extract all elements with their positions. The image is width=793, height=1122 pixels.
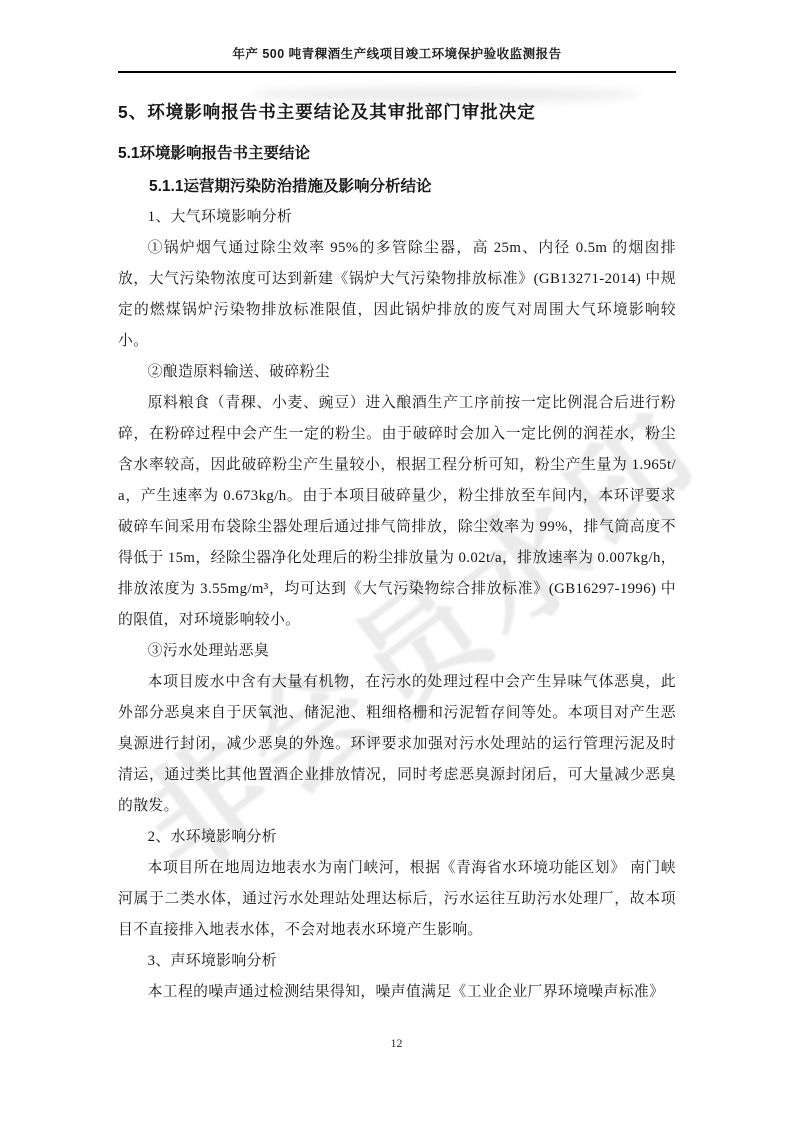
page-number: 12 [0,1036,793,1051]
paragraph-odor: 本项目废水中含有大量有机物，在污水的处理过程中会产生异味气体恶臭，此外部分恶臭来… [118,667,676,822]
list-heading-water: 2、水环境影响分析 [118,822,676,853]
paragraph-crushing-dust: 原料粮食（青稞、小麦、豌豆）进入酿酒生产工序前按一定比例混合后进行粉碎，在粉碎过… [118,388,676,636]
list-heading-air: 1、大气环境影响分析 [118,202,676,233]
subitem-heading-crushing-dust: ②酿造原料输送、破碎粉尘 [118,357,676,388]
list-heading-noise: 3、声环境影响分析 [118,946,676,977]
paragraph-boiler-flue-gas: ①锅炉烟气通过除尘效率 95%的多管除尘器，高 25m、内径 0.5m 的烟囱排… [118,233,676,357]
subitem-heading-odor: ③污水处理站恶臭 [118,636,676,667]
section-heading-level2: 5.1环境影响报告书主要结论 [118,142,676,166]
section-heading-level3: 5.1.1运营期污染防治措施及影响分析结论 [118,175,676,199]
section-heading-level1: 5、环境影响报告书主要结论及其审批部门审批决定 [118,99,676,125]
body-text-block: 1、大气环境影响分析 ①锅炉烟气通过除尘效率 95%的多管除尘器，高 25m、内… [118,202,676,1008]
document-page: 非会员水印 年产 500 吨青稞酒生产线项目竣工环境保护验收监测报告 5、环境影… [0,0,793,1122]
running-header-title: 年产 500 吨青稞酒生产线项目竣工环境保护验收监测报告 [118,44,676,73]
paragraph-water: 本项目所在地周边地表水为南门峡河，根据《青海省水环境功能区划》 南门峡河属于二类… [118,853,676,946]
paragraph-noise: 本工程的噪声通过检测结果得知，噪声值满足《工业企业厂界环境噪声标准》 [118,977,676,1008]
page-content: 年产 500 吨青稞酒生产线项目竣工环境保护验收监测报告 5、环境影响报告书主要… [118,44,676,1008]
